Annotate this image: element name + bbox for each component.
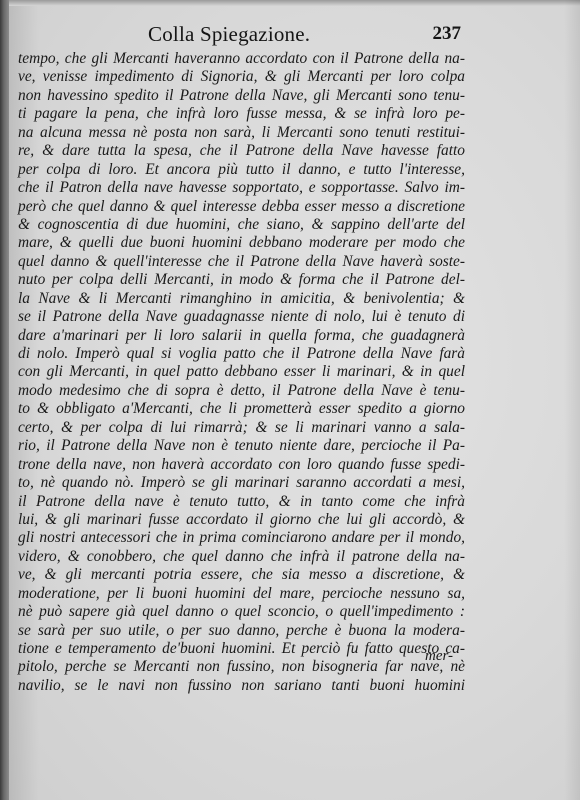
body-text: tempo, che gli Mercanti haveranno accord… [18,50,465,695]
text-line: to & obbligato a'Mercanti, che li promet… [18,400,465,418]
text-line: per colpa di loro. Et ancora più tutto i… [18,161,465,179]
text-line: nè può sapere già quel danno o quel scon… [18,603,465,621]
text-line: mare, & quelli due buoni huomini debbano… [18,234,465,252]
text-line: certo, & per colpa di lui rimarrà; & se … [18,419,465,437]
text-line: pitolo, perche se Mercanti non fussino, … [18,658,465,676]
text-line: se il Patrone della Nave guadagnasse nie… [18,308,465,326]
text-line: però che quel danno & quel interesse deb… [18,198,465,216]
text-line: modo medesimo che di sopra è detto, il P… [18,382,465,400]
text-line: navilio, se le navi non fussino non sari… [18,677,465,695]
text-line: la Nave & li Mercanti rimanghino in amic… [18,290,465,308]
running-head: Colla Spiegazione. [148,22,310,47]
text-line: nuto per colpa delli Mercanti, in modo &… [18,271,465,289]
text-line: gli nostri antecessori che in prima comi… [18,529,465,547]
text-line: ve, & gli mercanti potria essere, che si… [18,566,465,584]
page-top-edge [9,0,580,6]
text-line: di nolo. Imperò qual si voglia patto che… [18,345,465,363]
page-number: 237 [433,23,462,45]
text-line: dare a'marinari per li loro salarii in q… [18,327,465,345]
book-spine [0,0,9,800]
text-line: ve, venisse impedimento di Signoria, & g… [18,68,465,86]
page-header: Colla Spiegazione. 237 [18,22,465,48]
page-right-edge [564,0,580,800]
text-line: se sarà per suo utile, o per suo danno, … [18,622,465,640]
text-line: non havessino spedito il Patrone della N… [18,87,465,105]
text-line: to, nè quando nò. Imperò se gli marinari… [18,474,465,492]
text-line: tempo, che gli Mercanti haveranno accord… [18,50,465,68]
text-line: moderatione, per li buoni huomini del ma… [18,585,465,603]
text-line: na alcuna messa nè posta non sarà, li Me… [18,124,465,142]
text-line: tione e temperamento de'buoni huomini. E… [18,640,465,658]
text-line: che il Patron della nave havesse sopport… [18,179,465,197]
text-line: il Patrone della nave è tenuto tutto, & … [18,493,465,511]
text-line: videro, & conobbero, che quel danno che … [18,548,465,566]
text-line: quel danno & quell'interesse che il Patr… [18,253,465,271]
text-line: & cognoscentia di due huomini, che siano… [18,216,465,234]
text-line: lui, & gli marinari fusse accordato il g… [18,511,465,529]
text-line: con gli Mercanti, in quel patto debbano … [18,363,465,381]
text-line: trone della nave, non haverà accordato c… [18,456,465,474]
text-line: re, & dare tutta la spesa, che il Patron… [18,142,465,160]
text-line: ti pagare la pena, che infrà loro fusse … [18,105,465,123]
text-line: rio, il Patrone della Nave non è tenuto … [18,437,465,455]
catchword: mer- [425,648,453,665]
